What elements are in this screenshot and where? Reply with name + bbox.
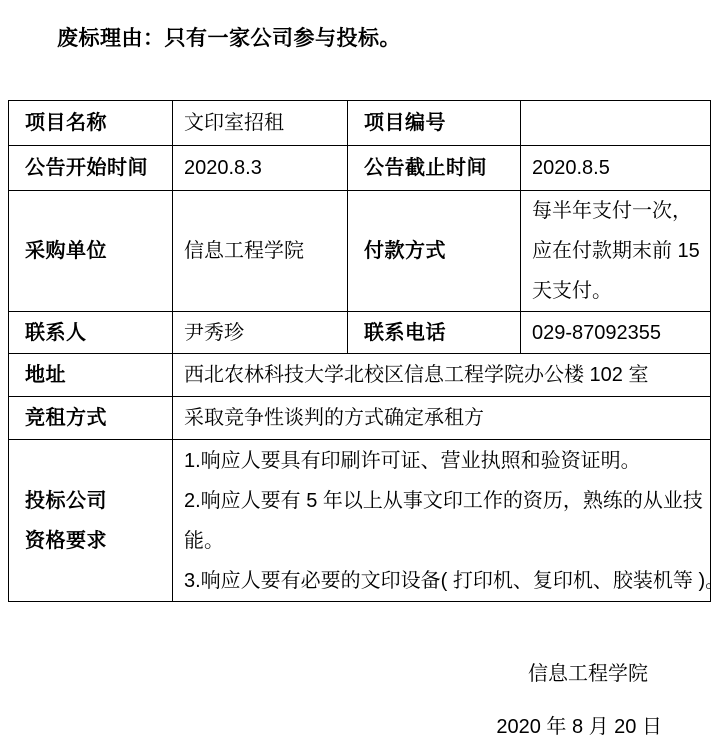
table-row-qualification: 投标公司 资格要求 1.响应人要具有印刷许可证、营业执照和验资证明。 2.响应人… <box>9 440 711 602</box>
bidding-method-label: 竞租方式 <box>9 397 173 440</box>
project-number-label: 项目编号 <box>348 101 521 146</box>
contact-phone-value: 029-87092355 <box>521 312 711 354</box>
end-time-value: 2020.8.5 <box>521 146 711 191</box>
invalid-bid-reason-text: 废标理由：只有一家公司参与投标。 <box>57 25 715 53</box>
table-row-project: 项目名称 文印室招租 项目编号 <box>9 101 711 146</box>
contact-person-label: 联系人 <box>9 312 173 354</box>
qualification-item: 3.响应人要有必要的文印设备( 打印机、复印机、胶装机等 )。 <box>184 561 710 601</box>
payment-line: 每半年支付一次， <box>532 191 710 231</box>
purchasing-unit-value: 信息工程学院 <box>173 191 348 312</box>
qualification-label-line: 资格要求 <box>25 521 172 561</box>
qualification-item: 2.响应人要有 5 年以上从事文印工作的资历，熟练的从业技 <box>184 481 710 521</box>
end-time-label: 公告截止时间 <box>348 146 521 191</box>
table-row-address: 地址 西北农林科技大学北校区信息工程学院办公楼 102 室 <box>9 354 711 397</box>
bidding-method-value: 采取竞争性谈判的方式确定承租方 <box>173 397 711 440</box>
project-number-value <box>521 101 711 146</box>
table-row-bidding-method: 竞租方式 采取竞争性谈判的方式确定承租方 <box>9 397 711 440</box>
address-value: 西北农林科技大学北校区信息工程学院办公楼 102 室 <box>173 354 711 397</box>
address-label: 地址 <box>9 354 173 397</box>
payment-line: 应在付款期末前 15 <box>532 231 710 271</box>
signature-block: 信息工程学院 2020 年 8 月 20 日 <box>0 663 715 738</box>
signature-date: 2020 年 8 月 20 日 <box>0 716 715 738</box>
payment-method-label: 付款方式 <box>348 191 521 312</box>
purchasing-unit-label: 采购单位 <box>9 191 173 312</box>
project-name-value: 文印室招租 <box>173 101 348 146</box>
qualification-value: 1.响应人要具有印刷许可证、营业执照和验资证明。 2.响应人要有 5 年以上从事… <box>173 440 711 602</box>
qualification-item: 1.响应人要具有印刷许可证、营业执照和验资证明。 <box>184 441 710 481</box>
payment-method-value: 每半年支付一次， 应在付款期末前 15 天支付。 <box>521 191 711 312</box>
table-row-dates: 公告开始时间 2020.8.3 公告截止时间 2020.8.5 <box>9 146 711 191</box>
start-time-label: 公告开始时间 <box>9 146 173 191</box>
project-name-label: 项目名称 <box>9 101 173 146</box>
table-row-contact: 联系人 尹秀珍 联系电话 029-87092355 <box>9 312 711 354</box>
signature-organization: 信息工程学院 <box>0 663 715 685</box>
contact-person-value: 尹秀珍 <box>173 312 348 354</box>
qualification-label: 投标公司 资格要求 <box>9 440 173 602</box>
contact-phone-label: 联系电话 <box>348 312 521 354</box>
qualification-item: 能。 <box>184 521 710 561</box>
qualification-label-line: 投标公司 <box>25 481 172 521</box>
tender-info-table: 项目名称 文印室招租 项目编号 公告开始时间 2020.8.3 公告截止时间 2… <box>8 100 711 602</box>
document-page: 废标理由：只有一家公司参与投标。 项目名称 文印室招租 项目编号 公告开始时间 … <box>0 25 715 738</box>
payment-line: 天支付。 <box>532 271 710 311</box>
start-time-value: 2020.8.3 <box>173 146 348 191</box>
table-row-unit-payment: 采购单位 信息工程学院 付款方式 每半年支付一次， 应在付款期末前 15 天支付… <box>9 191 711 312</box>
